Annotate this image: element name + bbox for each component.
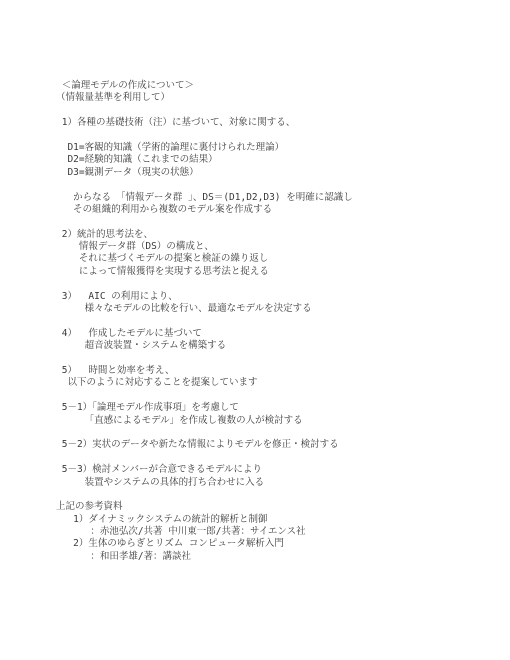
text-line: 以下のように対応することを提案しています xyxy=(56,377,502,389)
text-line xyxy=(56,130,502,142)
text-line: によって情報獲得を実現する思考法と捉える xyxy=(56,266,502,278)
text-line xyxy=(56,427,502,439)
text-line xyxy=(56,216,502,228)
text-line: 超音波装置・システムを構築する xyxy=(56,340,502,352)
text-line: 情報データ群（DS）の構成と、 xyxy=(56,241,502,253)
text-line: ＜論理モデルの作成について＞ xyxy=(56,80,502,92)
text-line xyxy=(56,278,502,290)
text-line: 5） 時間と効率を考え、 xyxy=(56,365,502,377)
text-line: 上記の参考資料 xyxy=(56,501,502,513)
text-line: 様々なモデルの比較を行い、最適なモデルを決定する xyxy=(56,303,502,315)
text-line: 「直感によるモデル」を作成し複数の人が検討する xyxy=(56,415,502,427)
text-line: 1）各種の基礎技術（注）に基づいて、対象に関する、 xyxy=(56,117,502,129)
text-line: からなる 「情報データ群 」、DS＝(D1,D2,D3) を明確に認識し xyxy=(56,192,502,204)
text-line: 2）統計的思考法を、 xyxy=(56,229,502,241)
document-text: ＜論理モデルの作成について＞（情報量基準を利用して） 1）各種の基礎技術（注）に… xyxy=(56,80,502,563)
text-line: D2=経験的知識（これまでの結果） xyxy=(56,154,502,166)
text-line xyxy=(56,452,502,464)
text-line: （情報量基準を利用して） xyxy=(56,92,502,104)
text-line: ：赤池弘次/共著 中川東一郎/共著：サイエンス社 xyxy=(56,526,502,538)
text-line: 2）生体のゆらぎとリズム コンピュータ解析入門 xyxy=(56,538,502,550)
text-line xyxy=(56,315,502,327)
text-line: 装置やシステムの具体的打ち合わせに入る xyxy=(56,477,502,489)
text-line: その組織的利用から複数のモデル案を作成する xyxy=(56,204,502,216)
text-line: 4） 作成したモデルに基づいて xyxy=(56,328,502,340)
text-line: それに基づくモデルの提案と検証の繰り返し xyxy=(56,253,502,265)
text-line: 5－2）実状のデータや新たな情報によりモデルを修正・検討する xyxy=(56,439,502,451)
text-line xyxy=(56,489,502,501)
text-line: 3） AIC の利用により、 xyxy=(56,291,502,303)
text-line: 5－3）検討メンバーが合意できるモデルにより xyxy=(56,464,502,476)
text-line: 1）ダイナミックシステムの統計的解析と制御 xyxy=(56,514,502,526)
text-line xyxy=(56,390,502,402)
document-page: ＜論理モデルの作成について＞（情報量基準を利用して） 1）各種の基礎技術（注）に… xyxy=(0,0,510,660)
text-line xyxy=(56,179,502,191)
text-line xyxy=(56,105,502,117)
text-line: ：和田孝雄/著：講談社 xyxy=(56,551,502,563)
text-line: D1=客観的知識（学術的論理に裏付けられた理論） xyxy=(56,142,502,154)
text-line xyxy=(56,353,502,365)
text-line: 5－1）「論理モデル作成事項」を考慮して xyxy=(56,402,502,414)
text-line: D3=観測データ（現実の状態） xyxy=(56,167,502,179)
